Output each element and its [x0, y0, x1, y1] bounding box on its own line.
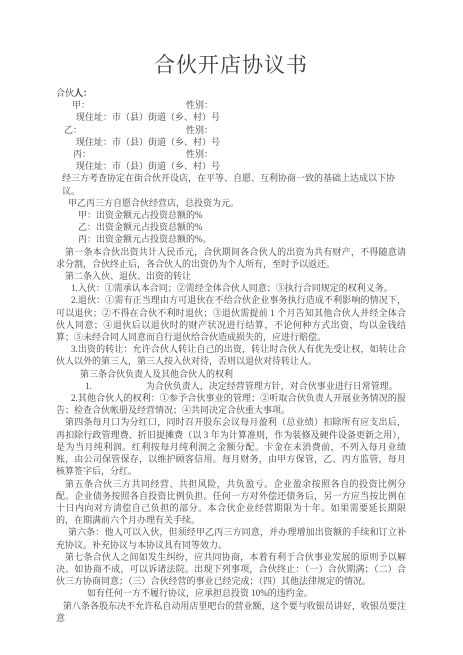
- clause-3-item-2: 2.其他合伙人的权利：①参予合伙事业的管理；②听取合伙负责人开展业务情况的报告；…: [56, 392, 406, 416]
- page-title: 合伙开店协议书: [56, 52, 406, 78]
- partners-heading-prefix: 合伙: [56, 88, 74, 98]
- party-c-row: 丙： 性别：: [56, 148, 406, 160]
- party-b-name-label: 乙：: [64, 125, 82, 135]
- document-page: 合伙开店协议书 合伙人： 甲： 性别： 现住址：市（县）街道（乡、村）号 乙： …: [0, 0, 463, 655]
- clause-2-item-1: 1.入伙：①需承认本合同；②需经全体合伙人同意；③执行合同规定的权利义务。: [56, 282, 406, 294]
- clause-5: 第五条合伙三方共同经营、共担风险，共负盈亏。企业盈余按照各自的投资比例分配。企业…: [56, 478, 406, 527]
- party-b-gender-label: 性别：: [186, 124, 213, 136]
- contribution-b: 乙：出资金额元占投资总额的%: [56, 221, 406, 233]
- clause-3-heading: 第三条合伙负责人及其他合伙人的权利: [56, 368, 406, 380]
- clause-3-item-1: 1.为合伙负责人，决定经营管理方针，对合伙事业进行日常管理。: [56, 380, 406, 392]
- party-a-gender-label: 性别：: [186, 99, 213, 111]
- clause-1: 第一条本合伙出资共计人民币元，合伙期间各合伙人的出资为共有财产，不得随意请求分割…: [56, 246, 406, 270]
- party-a-name-label: 甲：: [72, 100, 90, 110]
- party-a-address: 现住址：市（县）街道（乡、村）号: [56, 111, 406, 123]
- clause-8: 第八条各股东决不允许私自动用店里吧台的营业额，这个要与收银员讲好，收银员要注意: [56, 600, 406, 624]
- breach-penalty-line: 如有任何一方不履行协议，应承担总投资 10%的违约金。: [56, 587, 406, 599]
- clause-6: 第六条：他人可以入伙，但须经甲乙丙三方同意，并办理增加出资额的手续和订立补充协议…: [56, 526, 406, 550]
- clause-7: 第七条合伙人之间如发生纠纷，应共同协商，本着有利于合伙事业发展的原则予以解决。如…: [56, 551, 406, 588]
- contribution-c: 丙：出资金额元占投资总额的%。: [56, 233, 406, 245]
- party-c-address: 现住址：市（县）街道（乡、村）号: [56, 160, 406, 172]
- party-c-name-label: 丙：: [73, 149, 91, 159]
- preamble-line-2: 甲乙丙三方自愿合伙经营店，总投资为元。: [56, 197, 406, 209]
- preamble-line-1: 经三方考查协定在街合伙开设店，在平等、自愿、互利协商一致的基础上达成以下协议。: [56, 172, 406, 196]
- clause-2-item-2: 2.退伙：①需有正当理由方可退伙在不给合伙企业事务执行造成不利影响的情况下，可以…: [56, 294, 406, 343]
- clause-4: 第四条每月口为分红口，同时召开股东会议每月盈利（总业绩）扣除所有应支出后，再扣除…: [56, 416, 406, 477]
- party-b-row: 乙： 性别：: [56, 124, 406, 136]
- partners-heading-bold: 人：: [74, 88, 92, 98]
- clause-2-heading: 第二条入伙、退伙、出资的转让: [56, 270, 406, 282]
- party-a-row: 甲： 性别：: [56, 99, 406, 111]
- party-b-address: 现住址：市（县）街道（乡、村）号: [56, 136, 406, 148]
- clause-3-item-1-number: 1.: [85, 381, 92, 391]
- clause-2-item-3: 3.出资的转让：允许合伙人转让自己的出资，转让时合伙人有优先受让权，如转让合伙人…: [56, 343, 406, 367]
- clause-3-item-1-text: 为合伙负责人，决定经营管理方针，对合伙事业进行日常管理。: [146, 381, 398, 391]
- partners-heading: 合伙人：: [56, 87, 406, 99]
- contribution-a: 甲：出资金额元占投资总额的%: [56, 209, 406, 221]
- party-c-gender-label: 性别：: [186, 148, 213, 160]
